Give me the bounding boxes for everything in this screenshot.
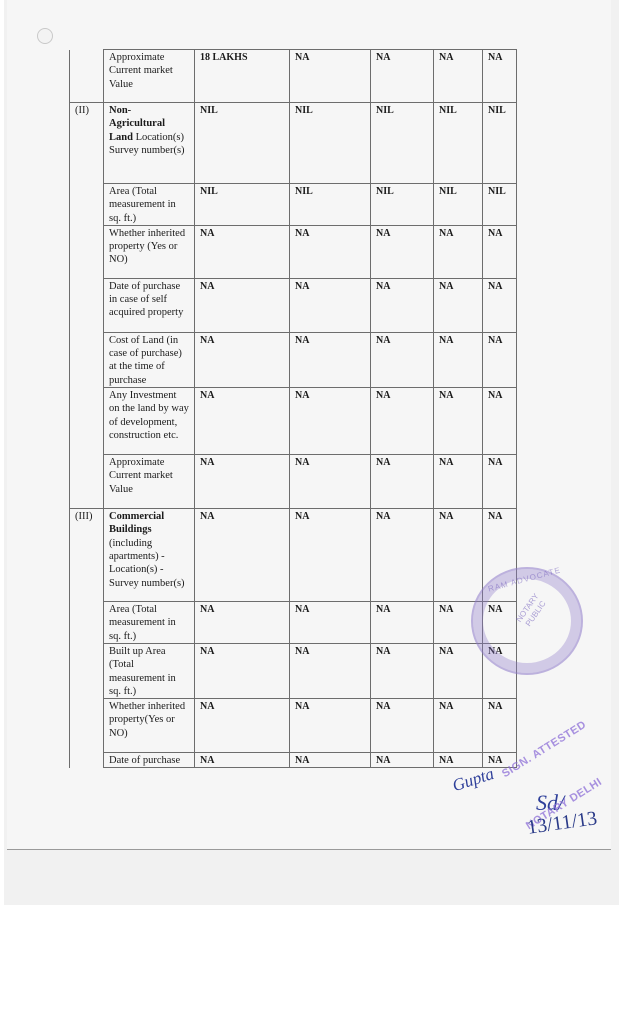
table-row: (II)Non- Agricultural Land Location(s) S…	[70, 103, 517, 184]
value-cell: NIL	[195, 103, 290, 184]
item-label-cell: Whether inherited property(Yes or NO)	[104, 699, 195, 753]
value-cell: NA	[434, 753, 483, 768]
value-cell: NA	[371, 699, 434, 753]
section-number-cell	[70, 643, 104, 698]
table-row: Date of purchaseNANANANANA	[70, 753, 517, 768]
item-description: Area (Total measurement in sq. ft.)	[109, 604, 176, 642]
value-cell: NA	[371, 50, 434, 103]
section-number-cell	[70, 699, 104, 753]
punch-hole-mark	[37, 28, 53, 44]
item-label-cell: Date of purchase in case of self acquire…	[104, 278, 195, 332]
value-cell: NA	[371, 455, 434, 509]
stamp-center-text: NOTARY PUBLIC	[509, 585, 554, 637]
item-label-cell: Area (Total measurement in sq. ft.)	[104, 184, 195, 226]
section-number-cell: (II)	[70, 103, 104, 184]
table-row: Cost of Land (in case of purchase) at th…	[70, 332, 517, 387]
value-cell: NA	[290, 50, 371, 103]
value-cell: NA	[195, 699, 290, 753]
section-number-cell	[70, 332, 104, 387]
value-cell: NA	[195, 509, 290, 602]
value-cell: NA	[371, 278, 434, 332]
value-cell: NA	[195, 225, 290, 278]
value-cell: NA	[483, 332, 517, 387]
table-row: Approximate Current market Value18 LAKHS…	[70, 50, 517, 103]
value-cell: NA	[371, 602, 434, 644]
value-cell: NA	[483, 455, 517, 509]
value-cell: NA	[290, 509, 371, 602]
value-cell: NA	[290, 332, 371, 387]
value-cell: NIL	[195, 184, 290, 226]
value-cell: NA	[434, 643, 483, 698]
value-cell: NA	[371, 225, 434, 278]
item-label-cell: Date of purchase	[104, 753, 195, 768]
value-cell: NA	[290, 225, 371, 278]
section-number-cell	[70, 225, 104, 278]
value-cell: NA	[483, 50, 517, 103]
section-number-cell	[70, 455, 104, 509]
value-cell: NA	[195, 455, 290, 509]
value-cell: NA	[371, 643, 434, 698]
item-description: Approximate Current market Value	[109, 52, 173, 90]
value-cell: NA	[434, 509, 483, 602]
value-cell: NA	[195, 753, 290, 768]
item-label-cell: Approximate Current market Value	[104, 50, 195, 103]
table-row: Whether inherited property (Yes or NO)NA…	[70, 225, 517, 278]
section-number-cell: (III)	[70, 509, 104, 602]
value-cell: NA	[483, 278, 517, 332]
table-row: Area (Total measurement in sq. ft.)NANAN…	[70, 602, 517, 644]
item-description: Cost of Land (in case of purchase) at th…	[109, 335, 182, 386]
value-cell: NA	[195, 388, 290, 455]
value-cell: NA	[290, 388, 371, 455]
item-label-cell: Any Investment on the land by way of dev…	[104, 388, 195, 455]
value-cell: NA	[290, 699, 371, 753]
section-number-cell	[70, 753, 104, 768]
item-label-cell: Built up Area (Total measurement in sq. …	[104, 643, 195, 698]
value-cell: NA	[434, 455, 483, 509]
item-label-cell: Approximate Current market Value	[104, 455, 195, 509]
table-row: Date of purchase in case of self acquire…	[70, 278, 517, 332]
section-number-cell	[70, 184, 104, 226]
value-cell: NA	[434, 388, 483, 455]
value-cell: NA	[290, 753, 371, 768]
section-number-cell	[70, 602, 104, 644]
value-cell: NA	[290, 602, 371, 644]
table-row: Built up Area (Total measurement in sq. …	[70, 643, 517, 698]
value-cell: NA	[195, 602, 290, 644]
value-cell: NA	[371, 753, 434, 768]
value-cell: NA	[195, 278, 290, 332]
item-label-cell: Commercial Buildings (including apartmen…	[104, 509, 195, 602]
value-cell: NIL	[483, 184, 517, 226]
value-cell: NA	[483, 388, 517, 455]
value-cell: NA	[290, 278, 371, 332]
value-cell: NA	[434, 278, 483, 332]
value-cell: NIL	[434, 103, 483, 184]
item-description: Approximate Current market Value	[109, 457, 173, 495]
table-row: Area (Total measurement in sq. ft.)NILNI…	[70, 184, 517, 226]
section-number-cell	[70, 278, 104, 332]
value-cell: 18 LAKHS	[195, 50, 290, 103]
value-cell: NA	[195, 643, 290, 698]
notary-round-stamp: RAM ADVOCATE NOTARY PUBLIC	[471, 567, 583, 675]
value-cell: NA	[434, 225, 483, 278]
item-label-cell: Cost of Land (in case of purchase) at th…	[104, 332, 195, 387]
value-cell: NIL	[290, 184, 371, 226]
value-cell: NIL	[371, 103, 434, 184]
item-description: Date of purchase in case of self acquire…	[109, 281, 183, 319]
section-number-cell	[70, 388, 104, 455]
item-description: Whether inherited property (Yes or NO)	[109, 228, 185, 266]
value-cell: NIL	[483, 103, 517, 184]
value-cell: NIL	[290, 103, 371, 184]
item-label-cell: Non- Agricultural Land Location(s) Surve…	[104, 103, 195, 184]
section-number-cell	[70, 50, 104, 103]
item-heading: Commercial Buildings	[109, 511, 164, 535]
value-cell: NA	[290, 643, 371, 698]
item-description: Whether inherited property(Yes or NO)	[109, 701, 185, 739]
value-cell: NA	[195, 332, 290, 387]
value-cell: NA	[483, 225, 517, 278]
value-cell: NA	[434, 699, 483, 753]
value-cell: NA	[434, 50, 483, 103]
value-cell: NA	[290, 455, 371, 509]
value-cell: NA	[483, 699, 517, 753]
item-description: Built up Area (Total measurement in sq. …	[109, 646, 176, 697]
value-cell: NIL	[371, 184, 434, 226]
table-row: (III)Commercial Buildings (including apa…	[70, 509, 517, 602]
table-row: Any Investment on the land by way of dev…	[70, 388, 517, 455]
table-row: Whether inherited property(Yes or NO)NAN…	[70, 699, 517, 753]
value-cell: NA	[434, 332, 483, 387]
value-cell: NA	[371, 509, 434, 602]
item-description: (including apartments) -Location(s) -Sur…	[109, 538, 185, 589]
table-row: Approximate Current market ValueNANANANA…	[70, 455, 517, 509]
item-label-cell: Area (Total measurement in sq. ft.)	[104, 602, 195, 644]
value-cell: NA	[371, 332, 434, 387]
item-label-cell: Whether inherited property (Yes or NO)	[104, 225, 195, 278]
value-cell: NA	[371, 388, 434, 455]
item-description: Any Investment on the land by way of dev…	[109, 390, 189, 441]
value-cell: NIL	[434, 184, 483, 226]
item-description: Date of purchase	[109, 755, 180, 766]
item-description: Area (Total measurement in sq. ft.)	[109, 186, 176, 224]
asset-declaration-table: Approximate Current market Value18 LAKHS…	[69, 49, 517, 768]
